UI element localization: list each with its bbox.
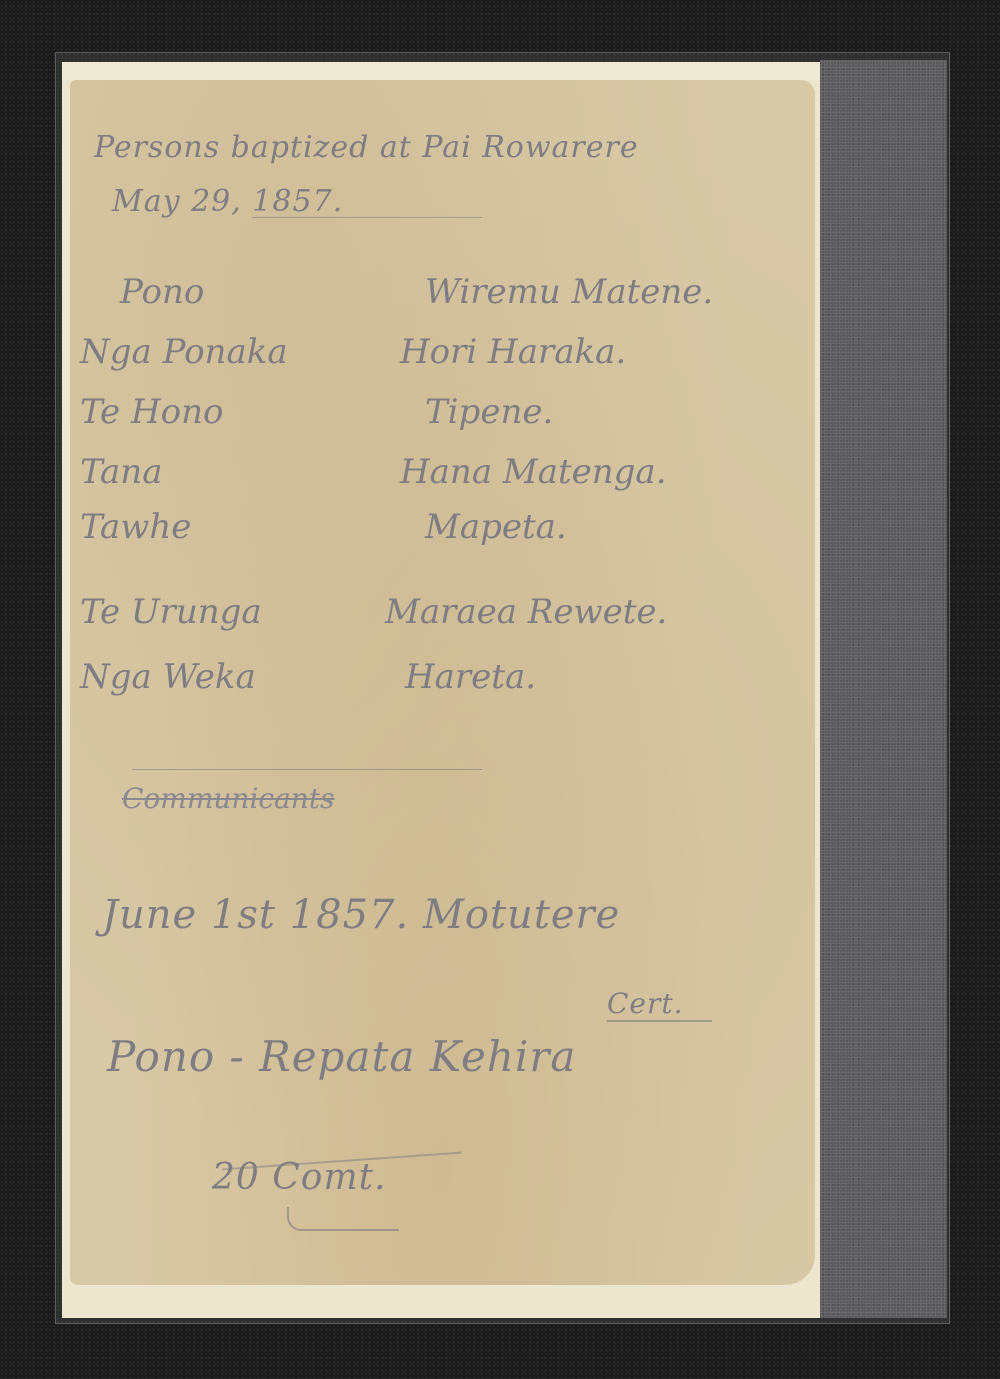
- second-entry-date: June 1st 1857. Motutere: [102, 892, 620, 938]
- manuscript-text: Persons baptized at Pai Rowarere May 29,…: [62, 62, 820, 1318]
- baptismal-name: Hareta.: [405, 657, 536, 697]
- baptismal-name: Maraea Rewete.: [385, 592, 667, 632]
- heading-date: May 29, 1857.: [112, 184, 343, 219]
- total-underline: [287, 1207, 399, 1231]
- baptismal-name: Mapeta.: [425, 507, 567, 547]
- second-entry-names: Pono - Repata Kehira: [107, 1032, 576, 1081]
- previous-name: Nga Ponaka: [80, 332, 288, 372]
- sleeve-overhang: [820, 60, 947, 1318]
- heading-underline: [252, 217, 482, 218]
- baptismal-name: Hana Matenga.: [400, 452, 667, 492]
- baptism-row: Nga Ponaka Hori Haraka.: [80, 332, 780, 380]
- baptismal-name: Wiremu Matene.: [425, 272, 713, 312]
- section-divider: [132, 769, 482, 770]
- previous-name: Te Urunga: [80, 592, 262, 632]
- previous-name: Te Hono: [80, 392, 223, 432]
- cert-annotation: Cert.: [607, 987, 712, 1022]
- baptism-row: Nga Weka Hareta.: [80, 657, 780, 705]
- baptismal-name: Hori Haraka.: [400, 332, 626, 372]
- communicants-total: 20 Comt.: [212, 1157, 387, 1198]
- previous-name: Tawhe: [80, 507, 191, 547]
- baptism-row: Pono Wiremu Matene.: [80, 272, 780, 320]
- previous-name: Pono: [120, 272, 204, 312]
- baptism-row: Te Hono Tipene.: [80, 392, 780, 440]
- baptism-row: Tana Hana Matenga.: [80, 452, 780, 500]
- struck-out-word: Communicants: [122, 782, 334, 815]
- heading-line-1: Persons baptized at Pai Rowarere: [94, 130, 639, 165]
- baptism-row: Te Urunga Maraea Rewete.: [80, 592, 780, 640]
- previous-name: Nga Weka: [80, 657, 256, 697]
- baptism-row: Tawhe Mapeta.: [80, 507, 780, 555]
- previous-name: Tana: [80, 452, 162, 492]
- baptismal-name: Tipene.: [425, 392, 553, 432]
